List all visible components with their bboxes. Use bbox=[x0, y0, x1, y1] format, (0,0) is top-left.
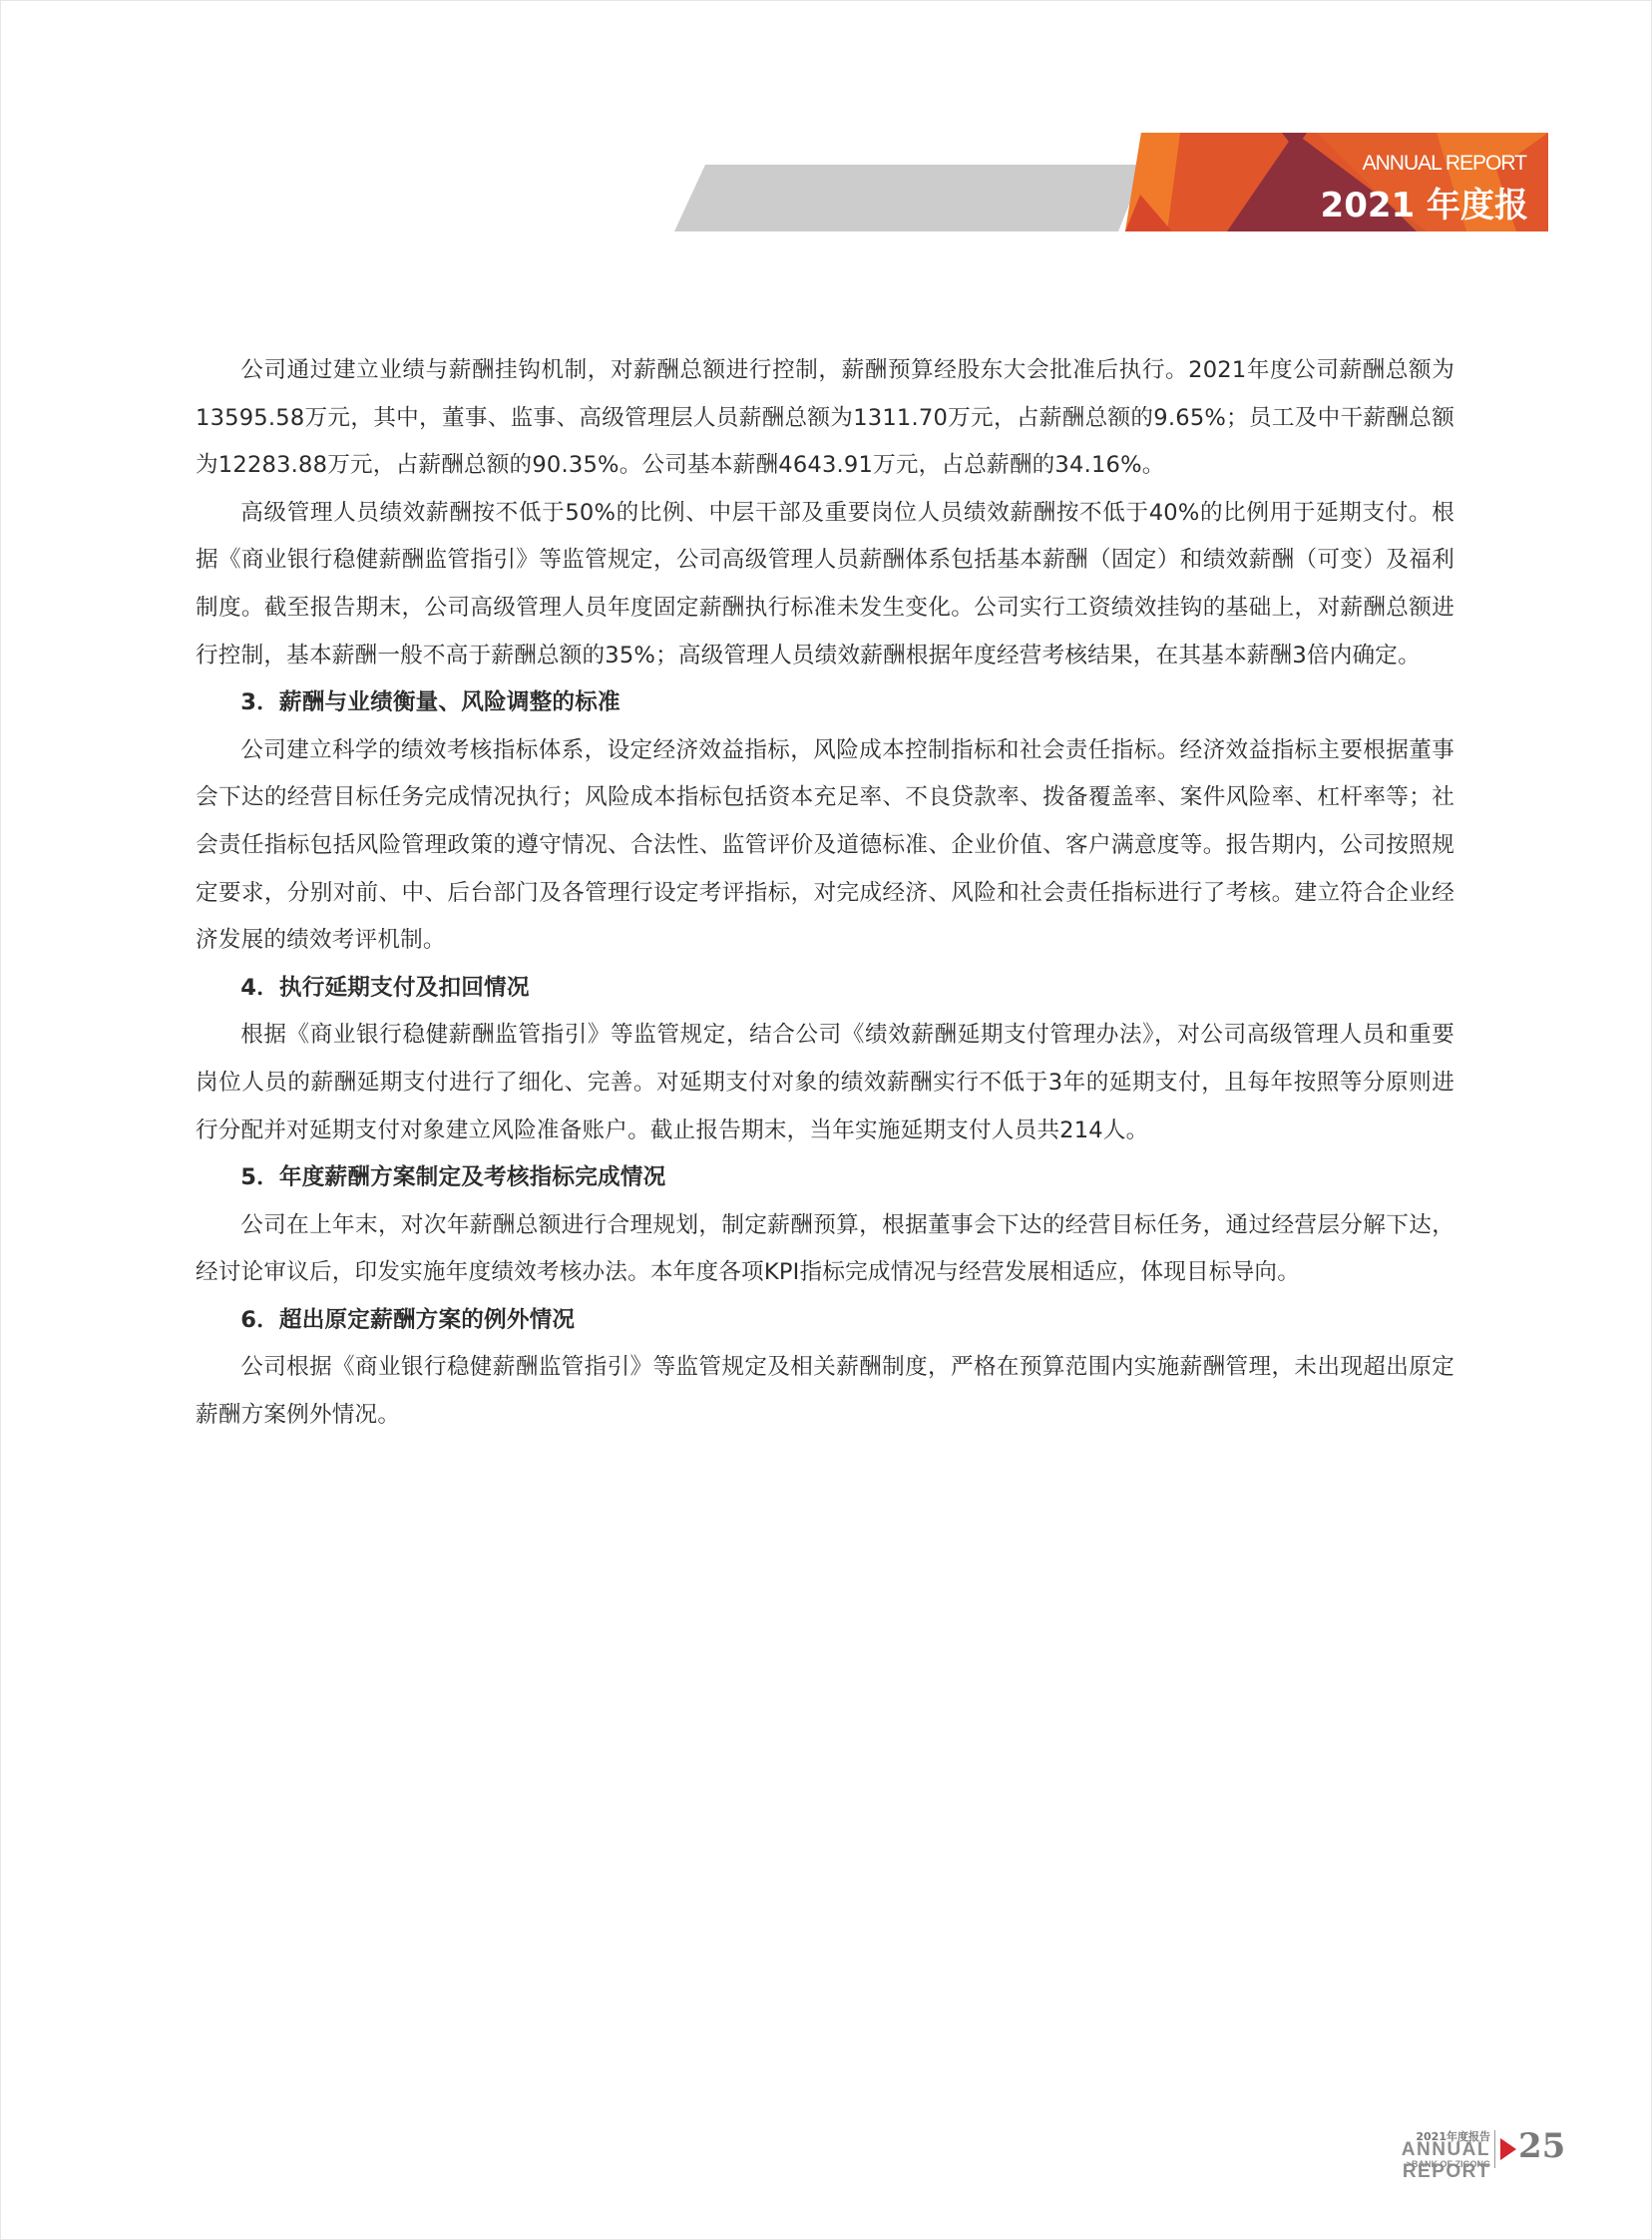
section-heading-4: 4．执行延期支付及扣回情况 bbox=[196, 965, 1454, 1013]
document-body: 公司通过建立业绩与薪酬挂钩机制，对薪酬总额进行控制，薪酬预算经股东大会批准后执行… bbox=[196, 347, 1454, 1440]
header-banner: ANNUAL REPORT 2021 年度报告 bbox=[0, 0, 1652, 259]
page-footer: 2021年度报告 ANNUAL REPORT >BANK OF ZIGONG 2… bbox=[1307, 2128, 1566, 2178]
section-heading-6: 6．超出原定薪酬方案的例外情况 bbox=[196, 1297, 1454, 1345]
paragraph-exceptions: 公司根据《商业银行稳健薪酬监管指引》等监管规定及相关薪酬制度，严格在预算范围内实… bbox=[196, 1344, 1454, 1439]
footer-divider bbox=[1494, 2130, 1495, 2168]
section-heading-5: 5．年度薪酬方案制定及考核指标完成情况 bbox=[196, 1154, 1454, 1202]
banner-annual-report-cn: 2021 年度报告 bbox=[1297, 178, 1528, 275]
paragraph-performance-indicators: 公司建立科学的绩效考核指标体系，设定经济效益指标，风险成本控制指标和社会责任指标… bbox=[196, 727, 1454, 965]
paragraph-compensation-total: 公司通过建立业绩与薪酬挂钩机制，对薪酬总额进行控制，薪酬预算经股东大会批准后执行… bbox=[196, 347, 1454, 490]
triangle-arrow-icon bbox=[1500, 2138, 1516, 2160]
paragraph-deferred-payment: 根据《商业银行稳健薪酬监管指引》等监管规定，结合公司《绩效薪酬延期支付管理办法》… bbox=[196, 1012, 1454, 1154]
paragraph-deferred-ratio: 高级管理人员绩效薪酬按不低于50%的比例、中层干部及重要岗位人员绩效薪酬按不低于… bbox=[196, 490, 1454, 679]
page-number: 25 bbox=[1518, 2126, 1565, 2166]
banner-annual-report-en: ANNUAL REPORT bbox=[1327, 152, 1526, 176]
footer-bank-name: >BANK OF ZIGONG bbox=[1367, 2159, 1490, 2169]
paragraph-annual-plan: 公司在上年末，对次年薪酬总额进行合理规划，制定薪酬预算，根据董事会下达的经营目标… bbox=[196, 1202, 1454, 1297]
section-heading-3: 3．薪酬与业绩衡量、风险调整的标准 bbox=[196, 679, 1454, 727]
